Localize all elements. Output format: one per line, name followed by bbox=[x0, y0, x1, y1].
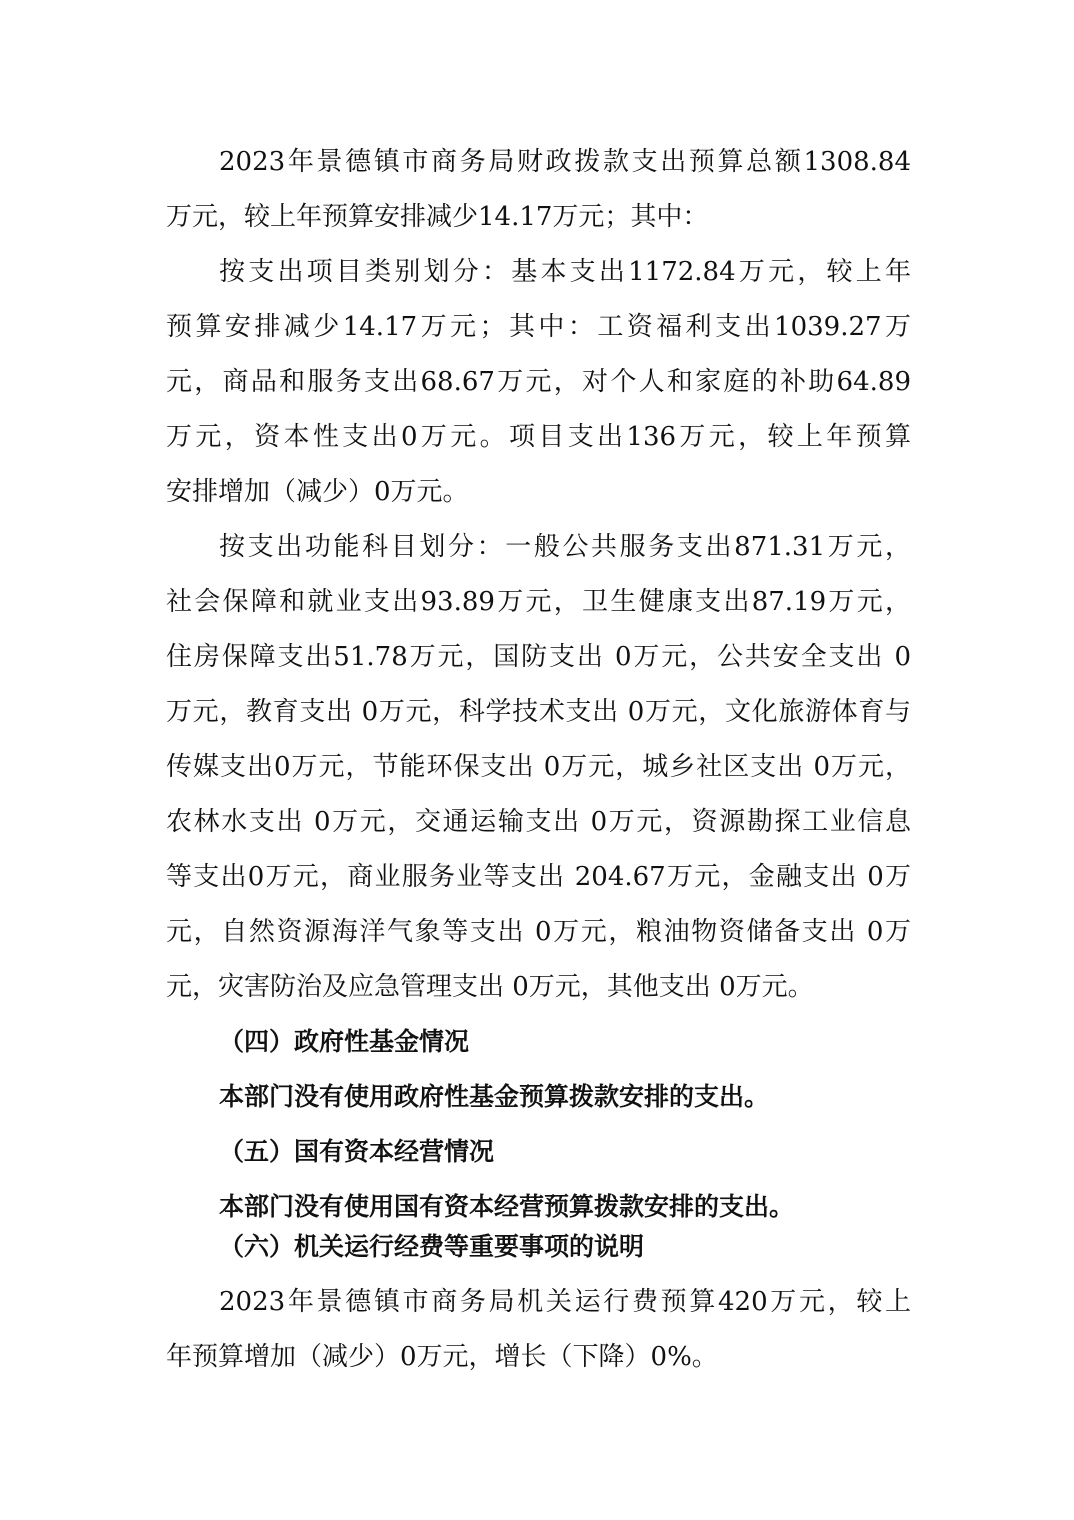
paragraph-project-category-line-3: 元，商品和服务支出68.67万元，对个人和家庭的补助64.89 bbox=[166, 362, 911, 402]
section-operating-costs-line-1: 2023年景德镇市商务局机关运行费预算420万元，较上 bbox=[219, 1282, 911, 1322]
paragraph-function-category-line-5: 传媒支出0万元，节能环保支出 0万元，城乡社区支出 0万元， bbox=[166, 747, 911, 787]
paragraph-function-category-line-4: 万元，教育支出 0万元，科学技术支出 0万元，文化旅游体育与 bbox=[166, 692, 911, 732]
paragraph-function-category-line-2: 社会保障和就业支出93.89万元，卫生健康支出87.19万元， bbox=[166, 582, 911, 622]
document-page: 2023年景德镇市商务局财政拨款支出预算总额1308.84 万元，较上年预算安排… bbox=[0, 0, 1074, 1520]
section-heading-operating-costs: （六）机关运行经费等重要事项的说明 bbox=[219, 1227, 911, 1267]
paragraph-function-category-line-6: 农林水支出 0万元，交通运输支出 0万元，资源勘探工业信息 bbox=[166, 802, 911, 842]
paragraph-function-category-line-8: 元，自然资源海洋气象等支出 0万元，粮油物资储备支出 0万 bbox=[166, 912, 911, 952]
section-body-government-fund: 本部门没有使用政府性基金预算拨款安排的支出。 bbox=[219, 1077, 911, 1117]
paragraph-function-category-line-9: 元，灾害防治及应急管理支出 0万元，其他支出 0万元。 bbox=[166, 967, 911, 1007]
paragraph-function-category-line-1: 按支出功能科目划分：一般公共服务支出871.31万元， bbox=[219, 527, 911, 567]
paragraph-function-category-line-7: 等支出0万元，商业服务业等支出 204.67万元，金融支出 0万 bbox=[166, 857, 911, 897]
paragraph-project-category-line-2: 预算安排减少14.17万元；其中：工资福利支出1039.27万 bbox=[166, 307, 911, 347]
section-operating-costs-line-2: 年预算增加（减少）0万元，增长（下降）0%。 bbox=[166, 1337, 911, 1377]
paragraph-project-category-line-5: 安排增加（减少）0万元。 bbox=[166, 472, 911, 512]
paragraph-function-category-line-3: 住房保障支出51.78万元，国防支出 0万元，公共安全支出 0 bbox=[166, 637, 911, 677]
section-heading-government-fund: （四）政府性基金情况 bbox=[219, 1022, 911, 1062]
paragraph-total-budget-line-2: 万元，较上年预算安排减少14.17万元；其中： bbox=[166, 197, 911, 237]
section-heading-state-capital: （五）国有资本经营情况 bbox=[219, 1132, 911, 1172]
paragraph-project-category-line-1: 按支出项目类别划分：基本支出1172.84万元，较上年 bbox=[219, 252, 911, 292]
paragraph-project-category-line-4: 万元，资本性支出0万元。项目支出136万元，较上年预算 bbox=[166, 417, 911, 457]
section-body-state-capital: 本部门没有使用国有资本经营预算拨款安排的支出。 bbox=[219, 1187, 911, 1227]
paragraph-total-budget-line-1: 2023年景德镇市商务局财政拨款支出预算总额1308.84 bbox=[219, 142, 911, 182]
